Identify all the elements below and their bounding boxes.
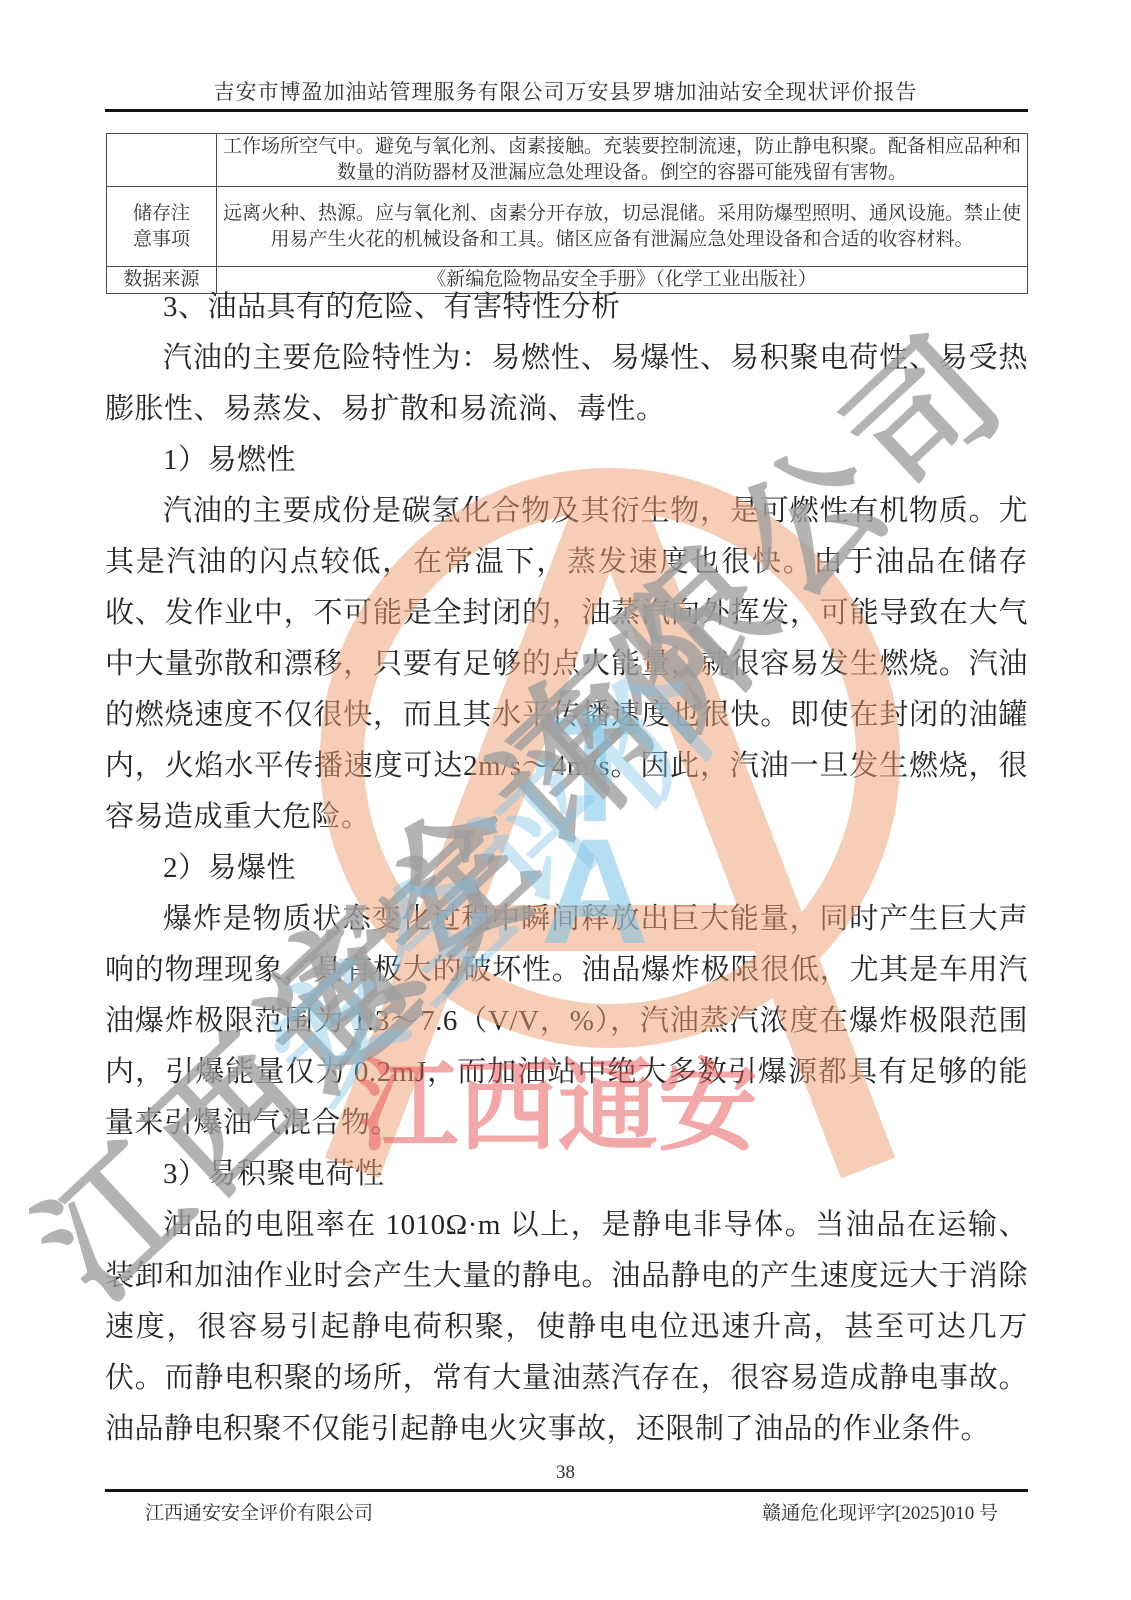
footer-doc-number: 赣通危化现评字[2025]010 号 — [762, 1498, 1028, 1525]
paragraph: 3、油品具有的危险、有害特性分析 — [105, 282, 1028, 333]
table-row: 工作场所空气中。避免与氧化剂、卤素接触。充装要控制流速，防止静电积聚。配备相应品… — [107, 134, 1028, 187]
paragraph: 3）易积聚电荷性 — [105, 1149, 1028, 1200]
footer-row: 江西通安安全评价有限公司 赣通危化现评字[2025]010 号 — [105, 1498, 1028, 1525]
footer-divider — [105, 1489, 1028, 1492]
report-page: 吉安市博盈加油站管理服务有限公司万安县罗塘加油站安全现状评价报告 工作场所空气中… — [0, 0, 1131, 1600]
hazard-info-table: 工作场所空气中。避免与氧化剂、卤素接触。充装要控制流速，防止静电积聚。配备相应品… — [106, 133, 1028, 294]
paragraph: 1）易燃性 — [105, 435, 1028, 486]
paragraph: 油品的电阻率在 1010Ω·m 以上，是静电非导体。当油品在运输、装卸和加油作业… — [105, 1200, 1028, 1455]
table-row-label — [107, 134, 217, 187]
footer-company: 江西通安安全评价有限公司 — [105, 1498, 373, 1525]
paragraph: 爆炸是物质状态变化过程中瞬间释放出巨大能量，同时产生巨大声响的物理现象，具有极大… — [105, 894, 1028, 1149]
table-row: 储存注 意事项 远离火种、热源。应与氧化剂、卤素分开存放，切忌混储。采用防爆型照… — [107, 187, 1028, 267]
hazard-table-body: 工作场所空气中。避免与氧化剂、卤素接触。充装要控制流速，防止静电积聚。配备相应品… — [107, 134, 1028, 294]
paragraph: 汽油的主要成份是碳氢化合物及其衍生物，是可燃性有机物质。尤其是汽油的闪点较低，在… — [105, 486, 1028, 843]
table-row-content: 工作场所空气中。避免与氧化剂、卤素接触。充装要控制流速，防止静电积聚。配备相应品… — [217, 134, 1028, 187]
table-row-content: 远离火种、热源。应与氧化剂、卤素分开存放，切忌混储。采用防爆型照明、通风设施。禁… — [217, 187, 1028, 267]
table-row-label: 储存注 意事项 — [107, 187, 217, 267]
page-header-title: 吉安市博盈加油站管理服务有限公司万安县罗塘加油站安全现状评价报告 — [0, 76, 1131, 106]
paragraph: 2）易爆性 — [105, 843, 1028, 894]
paragraph: 汽油的主要危险特性为：易燃性、易爆性、易积聚电荷性、易受热膨胀性、易蒸发、易扩散… — [105, 333, 1028, 435]
page-number: 38 — [0, 1462, 1131, 1484]
header-divider — [105, 109, 1028, 112]
body-text: 3、油品具有的危险、有害特性分析 汽油的主要危险特性为：易燃性、易爆性、易积聚电… — [105, 282, 1028, 1455]
